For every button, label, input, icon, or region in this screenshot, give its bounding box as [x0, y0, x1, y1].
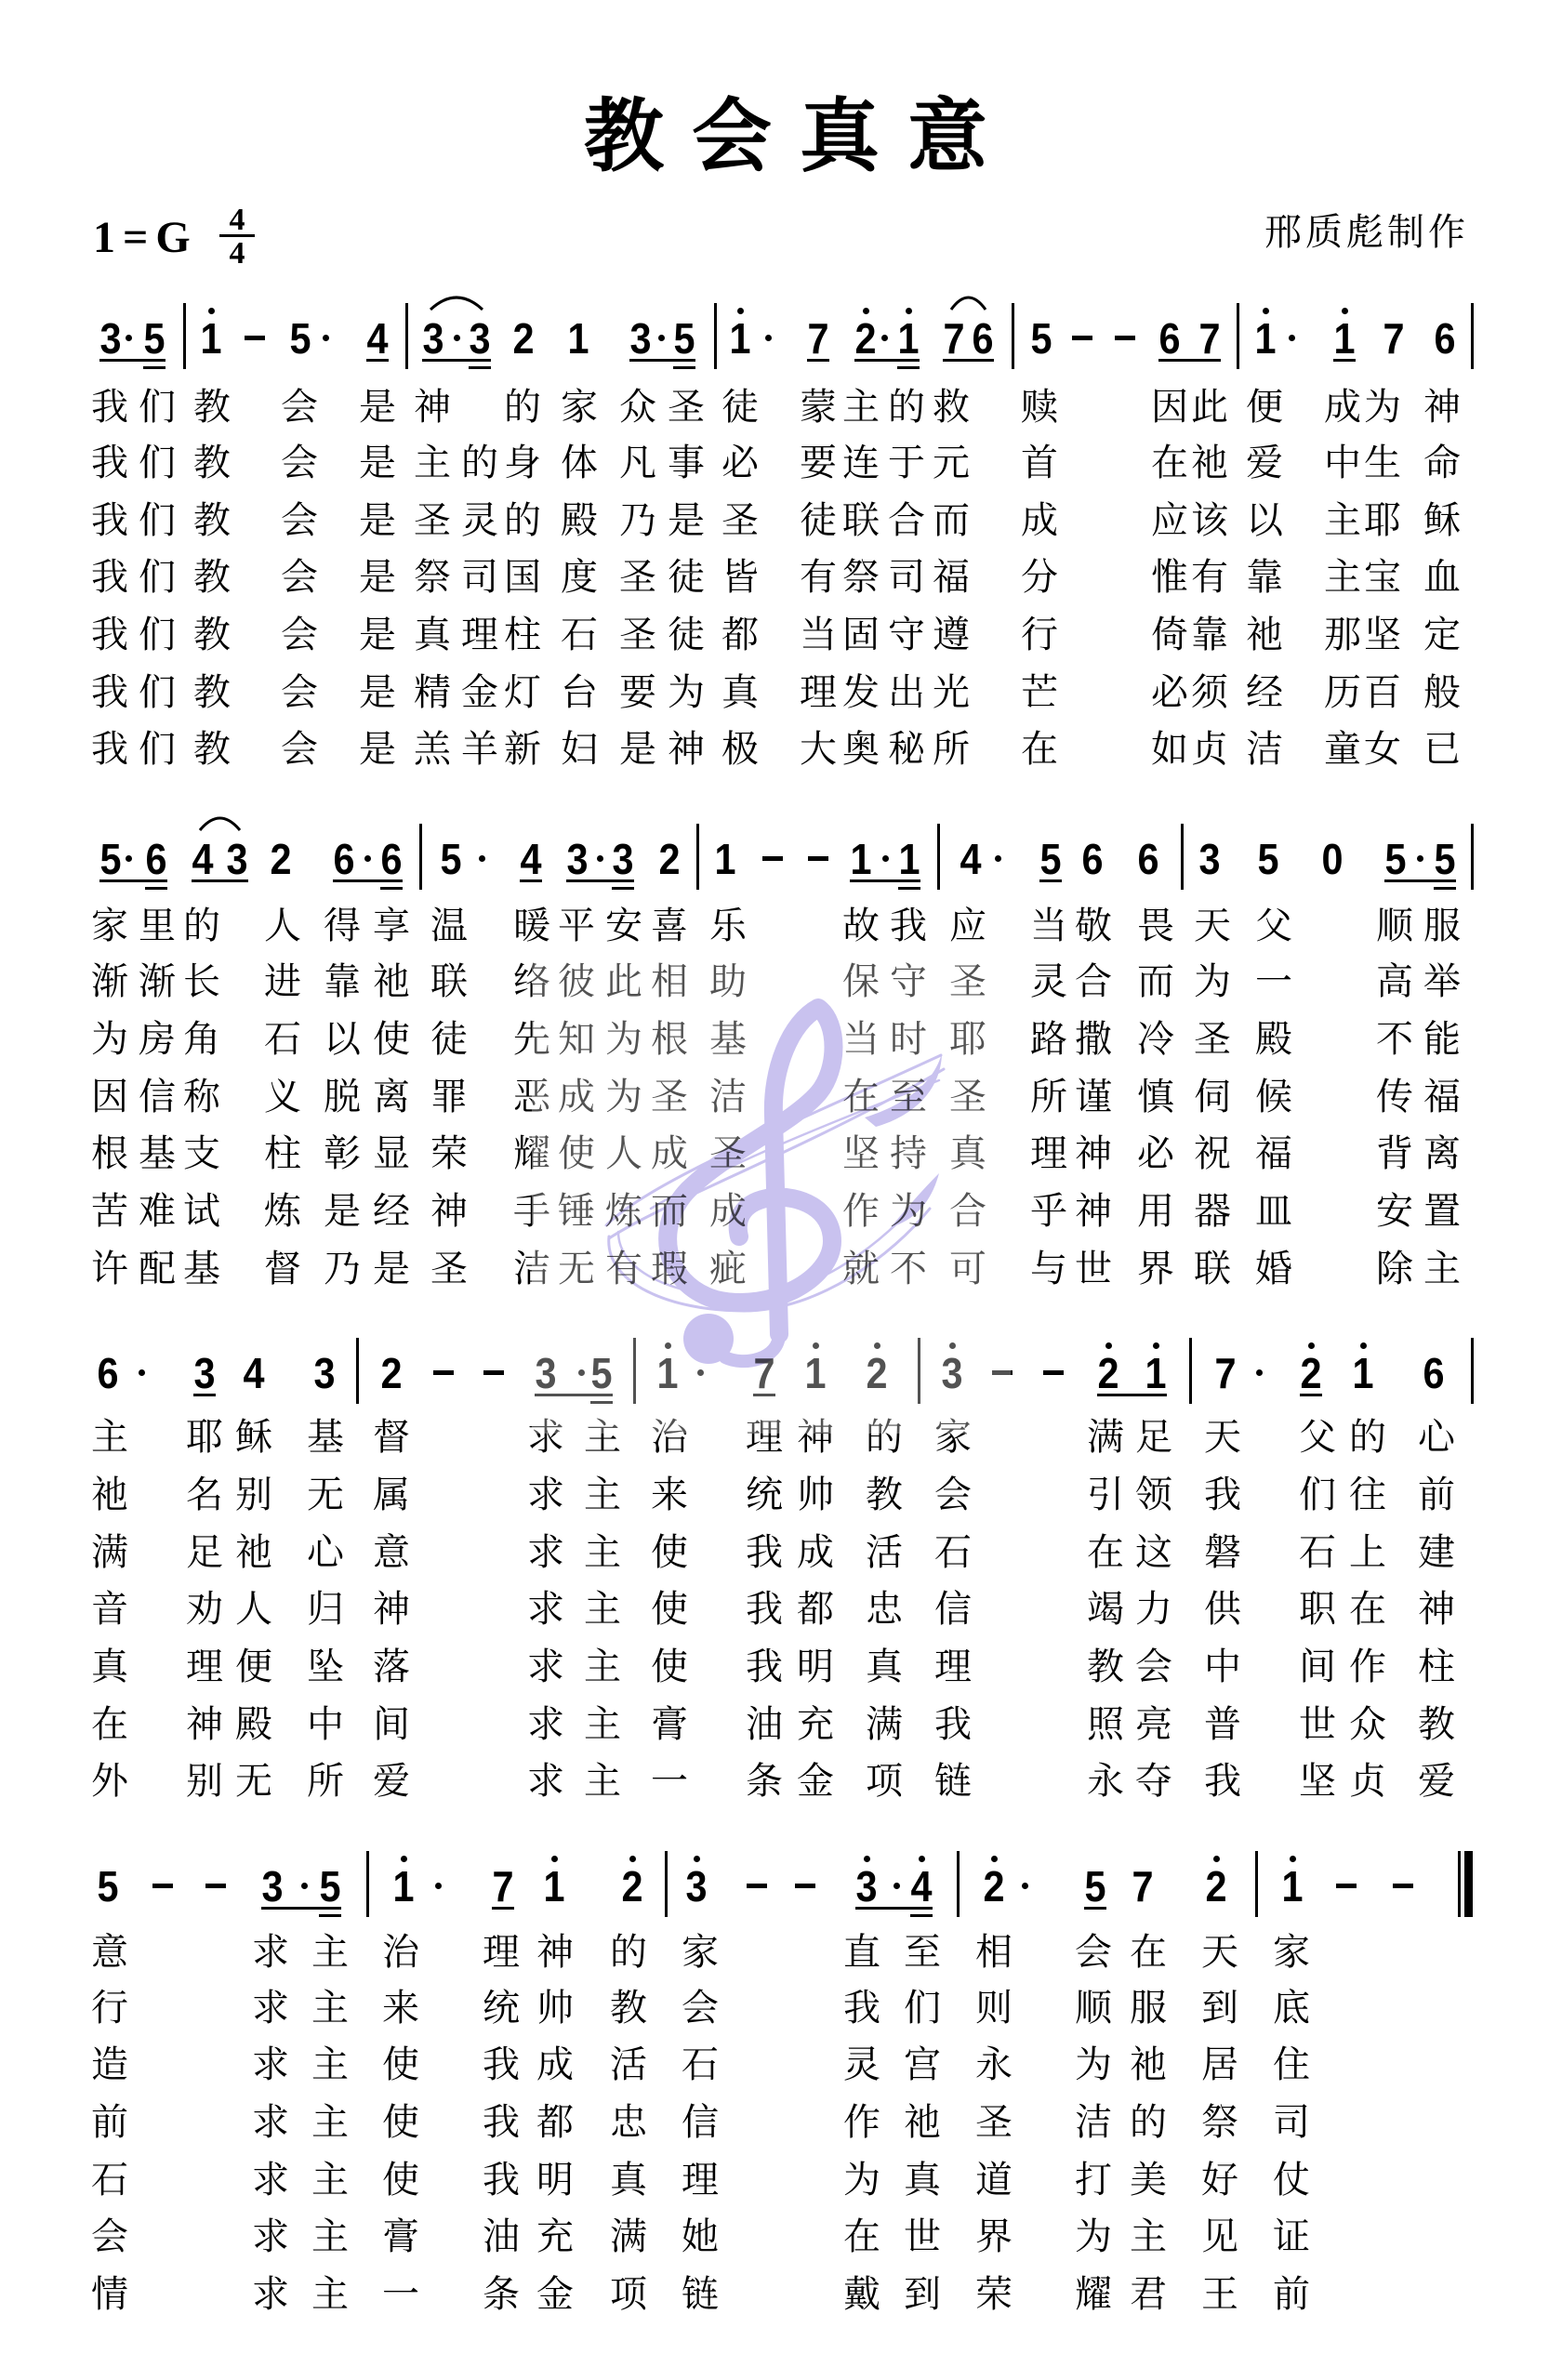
- lyric-char: 体: [560, 443, 599, 483]
- lyric-char: 徒: [667, 615, 706, 654]
- lyric-char: 忠: [865, 1590, 904, 1629]
- lyric-char: 配: [138, 1249, 177, 1289]
- note: 5: [672, 317, 697, 360]
- lyric-char: 显: [372, 1134, 411, 1173]
- lyric-char: 求: [526, 1705, 565, 1744]
- lyric-char: 为: [90, 1020, 129, 1059]
- barline: [714, 303, 717, 369]
- beam-underline: [492, 1907, 514, 1910]
- lyric-char: 求: [251, 1989, 290, 2028]
- note: 3: [312, 1352, 338, 1395]
- lyric-char: 人: [234, 1590, 273, 1629]
- lyric-char: 生: [1363, 443, 1402, 483]
- note: 3: [99, 317, 124, 360]
- note: 5: [1029, 317, 1054, 360]
- lyric-char: 神: [536, 1933, 575, 1972]
- lyric-char: 福: [1254, 1134, 1293, 1173]
- beam-underline: [807, 359, 829, 362]
- lyric-char: 合: [887, 501, 926, 540]
- beam-underline: [143, 366, 165, 369]
- high-octave-dot: [1105, 1342, 1112, 1349]
- lyric-char: 乐: [708, 906, 748, 945]
- note: 1: [1332, 317, 1357, 360]
- lyric-char: 安: [1375, 1192, 1414, 1231]
- lyric-char: 督: [372, 1418, 411, 1457]
- note: 3: [225, 838, 250, 880]
- lyric-char: 理: [185, 1647, 224, 1686]
- lyric-char: 成: [796, 1533, 835, 1572]
- note: 2: [620, 1865, 645, 1908]
- lyric-char: 稣: [234, 1418, 273, 1457]
- lyric-char: 必: [721, 443, 760, 483]
- barline: [665, 1851, 668, 1917]
- lyric-char: 渐: [138, 962, 177, 1001]
- note: 1: [897, 838, 922, 880]
- lyric-char: 底: [1272, 1989, 1311, 2028]
- barline: [937, 824, 940, 890]
- lyric-char: 宝: [1363, 558, 1402, 597]
- lyric-char: 必: [1150, 673, 1189, 712]
- lyric-char: 为: [842, 2161, 881, 2200]
- lyric-char: 求: [526, 1590, 565, 1629]
- lyric-char: 家: [1272, 1933, 1311, 1972]
- lyric-char: 伺: [1193, 1078, 1232, 1117]
- lyric-char: 靠: [1245, 558, 1284, 597]
- lyric-char: 便: [234, 1647, 273, 1686]
- lyric-char: 明: [796, 1647, 835, 1686]
- lyric-char: 真: [865, 1647, 904, 1686]
- note: 6: [96, 1352, 121, 1395]
- lyric-char: 所: [1029, 1078, 1068, 1117]
- lyric-char: 心: [306, 1533, 345, 1572]
- lyric-char: 会: [280, 558, 319, 597]
- note: 5: [1256, 838, 1281, 880]
- lyric-char: 竭: [1086, 1590, 1125, 1629]
- lyric-char: 义: [263, 1078, 302, 1117]
- note: 1: [1253, 317, 1278, 360]
- lyric-char: 名: [185, 1475, 224, 1514]
- barline: [1471, 303, 1474, 369]
- note: 2: [982, 1865, 1007, 1908]
- lyric-char: 理: [681, 2161, 720, 2200]
- beam-underline: [261, 1907, 341, 1910]
- lyric-char: 服: [1129, 1989, 1168, 2028]
- lyric-char: 属: [372, 1475, 411, 1514]
- lyric-char: 离: [1423, 1134, 1462, 1173]
- lyric-char: 心: [1417, 1418, 1456, 1457]
- lyric-char: 救: [932, 388, 971, 427]
- lyric-char: 要: [618, 673, 657, 712]
- lyric-char: 奥: [841, 730, 880, 769]
- lyric-char: 在: [1086, 1533, 1125, 1572]
- lyric-char: 羊: [460, 730, 499, 769]
- barline: [419, 824, 422, 890]
- lyric-char: 洁: [1074, 2103, 1113, 2142]
- lyric-char: 意: [372, 1533, 411, 1572]
- note: 2: [379, 1352, 404, 1395]
- lyric-char: 主: [311, 2045, 350, 2084]
- lyric-char: 圣: [974, 2103, 1013, 2142]
- lyric-char: 圣: [1193, 1020, 1232, 1059]
- lyric-char: 会: [280, 615, 319, 654]
- lyric-char: 用: [1136, 1192, 1175, 1231]
- augmentation-dot: [1417, 855, 1423, 862]
- lyric-char: 前: [90, 2103, 129, 2142]
- beam-underline: [910, 1914, 933, 1917]
- note: 4: [242, 1352, 267, 1395]
- lyric-char: 渐: [90, 962, 129, 1001]
- note: 6: [971, 317, 996, 360]
- lyric-char: 离: [372, 1078, 411, 1117]
- lyric-char: 金: [536, 2275, 575, 2314]
- lyric-char: 享: [372, 906, 411, 945]
- lyric-char: 灵: [460, 501, 499, 540]
- lyric-char: 活: [609, 2045, 648, 2084]
- lyric-char: 试: [182, 1192, 221, 1231]
- note: 5: [1039, 838, 1064, 880]
- note: 1: [728, 317, 753, 360]
- lyric-char: 皆: [721, 558, 760, 597]
- sustain-dash: [795, 1884, 815, 1888]
- lyric-char: 秘: [887, 730, 926, 769]
- lyric-char: 间: [372, 1705, 411, 1744]
- beam-underline: [469, 366, 491, 369]
- sustain-dash: [1336, 1884, 1357, 1888]
- lyric-char: 我: [90, 501, 129, 540]
- note: 7: [1382, 317, 1407, 360]
- beam-underline: [897, 366, 920, 369]
- lyric-char: 徒: [799, 501, 838, 540]
- lyric-char: 使: [650, 1590, 689, 1629]
- beam-underline: [1300, 1394, 1322, 1396]
- lyric-char: 我: [90, 443, 129, 483]
- lyric-char: 世: [903, 2217, 942, 2256]
- lyric-char: 脱: [323, 1078, 362, 1117]
- lyric-char: 她: [681, 2217, 720, 2256]
- lyric-char: 羔: [413, 730, 452, 769]
- note: 7: [806, 317, 831, 360]
- lyric-char: 众: [618, 388, 657, 427]
- note: 4: [365, 317, 390, 360]
- lyric-char: 柱: [263, 1134, 302, 1173]
- high-octave-dot: [1213, 1856, 1220, 1862]
- augmentation-dot: [126, 335, 132, 341]
- lyric-char: 我: [482, 2045, 521, 2084]
- lyric-char: 在: [90, 1705, 129, 1744]
- lyric-char: 如: [1150, 730, 1189, 769]
- lyric-char: 因: [90, 1078, 129, 1117]
- lyric-char: 圣: [721, 501, 760, 540]
- lyric-char: 使: [381, 2103, 420, 2142]
- lyric-char: 照: [1086, 1705, 1125, 1744]
- lyric-char: 灯: [503, 673, 542, 712]
- lyric-char: 音: [90, 1590, 129, 1629]
- lyric-char: 行: [1020, 615, 1059, 654]
- note: 1: [391, 1865, 417, 1908]
- lyric-char: 造: [90, 2045, 129, 2084]
- lyric-char: 爱: [1245, 443, 1284, 483]
- lyric-char: 世: [1298, 1705, 1337, 1744]
- augmentation-dot: [435, 1883, 442, 1889]
- lyric-char: 柱: [1417, 1647, 1456, 1686]
- sustain-dash: [245, 336, 265, 340]
- lyric-char: 求: [251, 1933, 290, 1972]
- lyric-char: 石: [90, 2161, 129, 2200]
- lyric-char: 柱: [503, 615, 542, 654]
- note: 1: [542, 1865, 567, 1908]
- lyric-char: 器: [1193, 1192, 1232, 1231]
- lyric-char: 君: [1129, 2275, 1168, 2314]
- lyric-char: 求: [251, 2161, 290, 2200]
- lyric-char: 房: [138, 1020, 177, 1059]
- note: 2: [1096, 1352, 1121, 1395]
- lyric-char: 许: [90, 1249, 129, 1289]
- augmentation-dot: [765, 335, 772, 341]
- note: 1: [199, 317, 224, 360]
- barline: [696, 824, 699, 890]
- lyric-char: 神: [667, 730, 706, 769]
- lyric-char: 要: [799, 443, 838, 483]
- lyric-char: 统: [745, 1475, 784, 1514]
- lyric-char: 祂: [1245, 615, 1284, 654]
- lyric-char: 落: [372, 1647, 411, 1686]
- lyric-char: 我: [482, 2103, 521, 2142]
- lyric-char: 教: [865, 1475, 904, 1514]
- note: 7: [491, 1865, 516, 1908]
- lyric-char: 别: [234, 1475, 273, 1514]
- lyric-char: 顺: [1074, 1989, 1113, 2028]
- lyric-char: 界: [974, 2217, 1013, 2256]
- high-octave-dot: [401, 1856, 407, 1862]
- lyric-char: 求: [251, 2103, 290, 2142]
- lyric-char: 联: [841, 501, 880, 540]
- lyric-char: 祂: [1190, 443, 1229, 483]
- note: 6: [1080, 838, 1105, 880]
- barline: [1012, 303, 1014, 369]
- lyric-char: 使: [650, 1647, 689, 1686]
- lyric-char: 求: [526, 1647, 565, 1686]
- lyric-char: 会: [681, 1989, 720, 2028]
- lyric-char: 那: [1323, 615, 1362, 654]
- lyric-char: 祂: [1129, 2045, 1168, 2084]
- lyric-char: 里: [138, 906, 177, 945]
- lyric-char: 永: [974, 2045, 1013, 2084]
- lyric-char: 为: [1193, 962, 1232, 1001]
- lyric-char: 神: [185, 1705, 224, 1744]
- lyric-char: 靠: [1190, 615, 1229, 654]
- lyric-char: 祂: [903, 2103, 942, 2142]
- beam-underline: [422, 359, 491, 362]
- lyric-char: 殿: [234, 1705, 273, 1744]
- lyric-char: 使: [381, 2161, 420, 2200]
- lyric-char: 是: [358, 673, 397, 712]
- lyric-char: 磐: [1203, 1533, 1242, 1572]
- lyric-char: 教: [609, 1989, 648, 2028]
- lyric-char: 满: [865, 1705, 904, 1744]
- sustain-dash: [762, 856, 783, 861]
- lyric-char: 徒: [430, 1020, 469, 1059]
- lyric-char: 是: [618, 730, 657, 769]
- lyric-char: 的: [503, 501, 542, 540]
- note: 5: [1433, 838, 1458, 880]
- lyric-char: 是: [358, 388, 397, 427]
- beam-underline: [1384, 879, 1456, 882]
- lyric-char: 首: [1020, 443, 1059, 483]
- lyric-char: 求: [251, 2045, 290, 2084]
- lyric-char: 精: [413, 673, 452, 712]
- lyric-char: 住: [1272, 2045, 1311, 2084]
- beam-underline: [898, 887, 920, 890]
- note: 3: [192, 1352, 218, 1395]
- lyric-char: 世: [1074, 1249, 1113, 1289]
- lyric-char: 应: [1150, 501, 1189, 540]
- beam-underline: [99, 879, 167, 882]
- lyric-char: 天: [1200, 1933, 1239, 1972]
- lyric-char: 界: [1136, 1249, 1175, 1289]
- note: 5: [288, 317, 313, 360]
- lyric-char: 链: [681, 2275, 720, 2314]
- note: 1: [1351, 1352, 1376, 1395]
- high-octave-dot: [551, 1856, 558, 1862]
- lyric-char: 荣: [430, 1134, 469, 1173]
- augmentation-dot: [995, 855, 1001, 862]
- lyric-char: 忠: [609, 2103, 648, 2142]
- lyric-char: 石: [263, 1020, 302, 1059]
- lyric-char: 会: [280, 673, 319, 712]
- sustain-dash: [483, 1370, 504, 1375]
- lyric-char: 而: [1136, 962, 1175, 1001]
- lyric-char: 建: [1417, 1533, 1456, 1572]
- high-octave-dot: [864, 1856, 870, 1862]
- lyric-char: 们: [138, 558, 177, 597]
- augmentation-dot: [894, 1883, 900, 1889]
- lyric-char: 不: [1375, 1020, 1414, 1059]
- lyric-char: 司: [1272, 2103, 1311, 2142]
- augmentation-dot: [126, 855, 132, 862]
- lyric-char: 教: [1417, 1705, 1456, 1744]
- lyric-char: 主: [583, 1705, 622, 1744]
- lyric-char: 事: [667, 443, 706, 483]
- lyric-char: 主: [1323, 558, 1362, 597]
- lyric-char: 血: [1423, 558, 1462, 597]
- sustain-dash: [152, 1884, 173, 1888]
- lyric-char: 外: [90, 1762, 129, 1801]
- note: 3: [421, 317, 446, 360]
- lyric-char: 来: [381, 1989, 420, 2028]
- note: 1: [713, 838, 738, 880]
- beam-underline: [1084, 1907, 1106, 1910]
- lyric-char: 上: [1348, 1533, 1387, 1572]
- note: 5: [318, 1865, 343, 1908]
- lyric-char: 洁: [1245, 730, 1284, 769]
- lyric-char: 福: [1423, 1078, 1462, 1117]
- lyric-char: 条: [745, 1762, 784, 1801]
- beam-underline: [629, 359, 695, 362]
- lyric-char: 会: [280, 730, 319, 769]
- note: 6: [1433, 317, 1458, 360]
- lyric-char: 真: [721, 673, 760, 712]
- lyric-char: 成: [1323, 388, 1362, 427]
- lyric-char: 则: [974, 1989, 1013, 2028]
- lyric-char: 们: [138, 673, 177, 712]
- lyric-char: 连: [841, 443, 880, 483]
- beam-underline: [612, 887, 634, 890]
- lyric-char: 充: [536, 2217, 575, 2256]
- lyric-char: 以: [1245, 501, 1284, 540]
- note: 2: [1299, 1352, 1324, 1395]
- lyric-char: 教: [192, 388, 232, 427]
- lyric-char: 会: [1134, 1647, 1173, 1686]
- lyric-char: 为: [1363, 388, 1402, 427]
- lyric-char: 我: [1203, 1762, 1242, 1801]
- lyric-char: 敬: [1074, 906, 1113, 945]
- note: 3: [468, 317, 493, 360]
- note: 5: [1083, 1865, 1108, 1908]
- lyric-char: 都: [536, 2103, 575, 2142]
- barline: [1189, 1338, 1192, 1404]
- lyric-char: 背: [1375, 1134, 1414, 1173]
- lyric-char: 成: [1020, 501, 1059, 540]
- lyric-char: 理: [1029, 1134, 1068, 1173]
- lyric-char: 会: [1074, 1933, 1113, 1972]
- lyric-char: 求: [526, 1533, 565, 1572]
- lyric-char: 主: [583, 1475, 622, 1514]
- lyric-char: 出: [887, 673, 926, 712]
- lyric-char: 神: [372, 1590, 411, 1629]
- lyric-char: 徒: [667, 558, 706, 597]
- lyric-char: 女: [1363, 730, 1402, 769]
- augmentation-dot: [139, 1369, 145, 1376]
- lyric-char: 家: [681, 1933, 720, 1972]
- lyric-char: 求: [251, 2217, 290, 2256]
- lyric-char: 石: [933, 1533, 973, 1572]
- lyric-char: 的: [887, 388, 926, 427]
- lyric-char: 我: [745, 1647, 784, 1686]
- lyric-char: 主: [583, 1762, 622, 1801]
- lyric-char: 爱: [1417, 1762, 1456, 1801]
- lyric-char: 耀: [1074, 2275, 1113, 2314]
- lyric-char: 天: [1203, 1418, 1242, 1457]
- lyric-char: 赎: [1020, 388, 1059, 427]
- lyric-char: 暖: [512, 906, 551, 945]
- lyric-char: 慎: [1136, 1078, 1175, 1117]
- lyric-char: 称: [182, 1078, 221, 1117]
- note: 1: [896, 317, 921, 360]
- lyric-char: 条: [482, 2275, 521, 2314]
- lyric-char: 极: [721, 730, 760, 769]
- lyric-char: 经: [1245, 673, 1284, 712]
- lyric-char: 有: [799, 558, 838, 597]
- sustain-dash: [808, 856, 828, 861]
- barline: [1181, 824, 1184, 890]
- lyric-char: 治: [381, 1933, 420, 1972]
- lyric-char: 来: [650, 1475, 689, 1514]
- lyric-char: 该: [1190, 501, 1229, 540]
- lyric-char: 主: [311, 1989, 350, 2028]
- note: 6: [379, 838, 404, 880]
- lyric-char: 理: [460, 615, 499, 654]
- lyric-char: 能: [1423, 1020, 1462, 1059]
- note: 4: [519, 838, 544, 880]
- note: 5: [1383, 838, 1409, 880]
- beam-underline: [943, 359, 994, 362]
- lyric-char: 祂: [90, 1475, 129, 1514]
- note: 3: [854, 1865, 880, 1908]
- lyric-char: 真: [609, 2161, 648, 2200]
- lyric-char: 福: [932, 558, 971, 597]
- barline: [1255, 1851, 1258, 1917]
- high-octave-dot: [1263, 308, 1269, 314]
